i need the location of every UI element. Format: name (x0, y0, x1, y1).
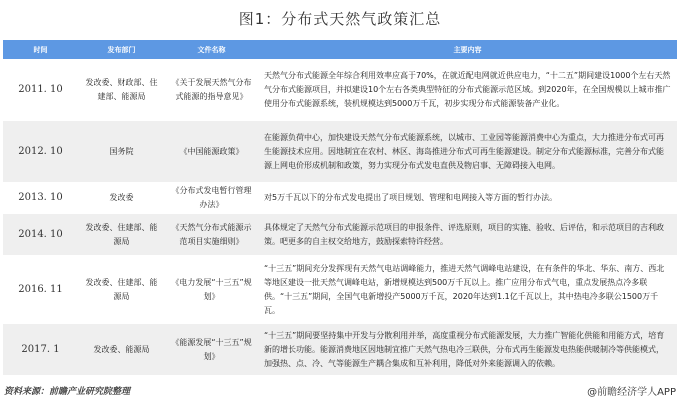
cell-time: 2013. 10 (3, 182, 78, 214)
cell-main: 天然气分布式能源全年综合利用效率应高于70%，在就近配电网就近供应电力，“十二五… (258, 59, 677, 121)
cell-dept: 发改委 (78, 182, 165, 214)
source-note: 资料来源：前瞻产业研究院整理 (4, 384, 130, 397)
footer: 资料来源：前瞻产业研究院整理 @前瞻经济学人APP (4, 381, 676, 399)
cell-dept: 发改委、财政部、住建部、能源局 (78, 59, 165, 121)
cell-dept: 国务院 (78, 121, 165, 182)
cell-time: 2012. 10 (3, 121, 78, 182)
cell-time: 2014. 10 (3, 214, 78, 255)
cell-main: “十三五”期间充分发挥现有天然气电站调峰能力，推进天然气调峰电站建设，在有条件的… (258, 255, 677, 324)
cell-doc: 《能源发展“十三五”规划》 (165, 324, 258, 375)
table-row: 2012. 10 国务院 《中国能源政策》 在能源负荷中心，加快建设天然气分布式… (3, 121, 677, 182)
figure-title: 图1：分布式天然气政策汇总 (0, 8, 680, 29)
brand-credit: @前瞻经济学人APP (587, 383, 676, 398)
header-doc: 文件名称 (165, 40, 258, 59)
cell-main: 具体规定了天然气分布式能源示范项目的申报条件、评选原则，项目的实施、验收、后评估… (258, 214, 677, 255)
cell-dept: 发改委、住建部、能源局 (78, 255, 165, 324)
cell-time: 2016. 11 (3, 255, 78, 324)
table-row: 2017. 1 发改委、能源局 《能源发展“十三五”规划》 “十三五”期间要坚持… (3, 324, 677, 375)
cell-dept: 发改委、能源局 (78, 324, 165, 375)
cell-dept: 发改委、住建部、能源局 (78, 214, 165, 255)
policy-table: 时间 发布部门 文件名称 主要内容 2011. 10 发改委、财政部、住建部、能… (3, 40, 677, 375)
cell-main: “十三五”期间要坚持集中开发与分散利用并举，高度重视分布式能源发展，大力推广智能… (258, 324, 677, 375)
cell-time: 2017. 1 (3, 324, 78, 375)
cell-main: 对5万千瓦以下的分布式发电提出了项目规划、管理和电网接入等方面的暂行办法。 (258, 182, 677, 214)
header-dept: 发布部门 (78, 40, 165, 59)
cell-time: 2011. 10 (3, 59, 78, 121)
table-row: 2014. 10 发改委、住建部、能源局 《天然气分布式能源示范项目实施细则》 … (3, 214, 677, 255)
cell-doc: 《分布式发电暂行管理办法》 (165, 182, 258, 214)
cell-doc: 《天然气分布式能源示范项目实施细则》 (165, 214, 258, 255)
header-time: 时间 (3, 40, 78, 59)
table-row: 2013. 10 发改委 《分布式发电暂行管理办法》 对5万千瓦以下的分布式发电… (3, 182, 677, 214)
table-row: 2016. 11 发改委、住建部、能源局 《电力发展“十三五”规划》 “十三五”… (3, 255, 677, 324)
table-row: 2011. 10 发改委、财政部、住建部、能源局 《关于发展天然气分布式能源的指… (3, 59, 677, 121)
cell-main: 在能源负荷中心，加快建设天然气分布式能源系统，以城市、工业园等能源消费中心为重点… (258, 121, 677, 182)
cell-doc: 《中国能源政策》 (165, 121, 258, 182)
cell-doc: 《电力发展“十三五”规划》 (165, 255, 258, 324)
table-header-row: 时间 发布部门 文件名称 主要内容 (3, 40, 677, 59)
header-main: 主要内容 (258, 40, 677, 59)
cell-doc: 《关于发展天然气分布式能源的指导意见》 (165, 59, 258, 121)
